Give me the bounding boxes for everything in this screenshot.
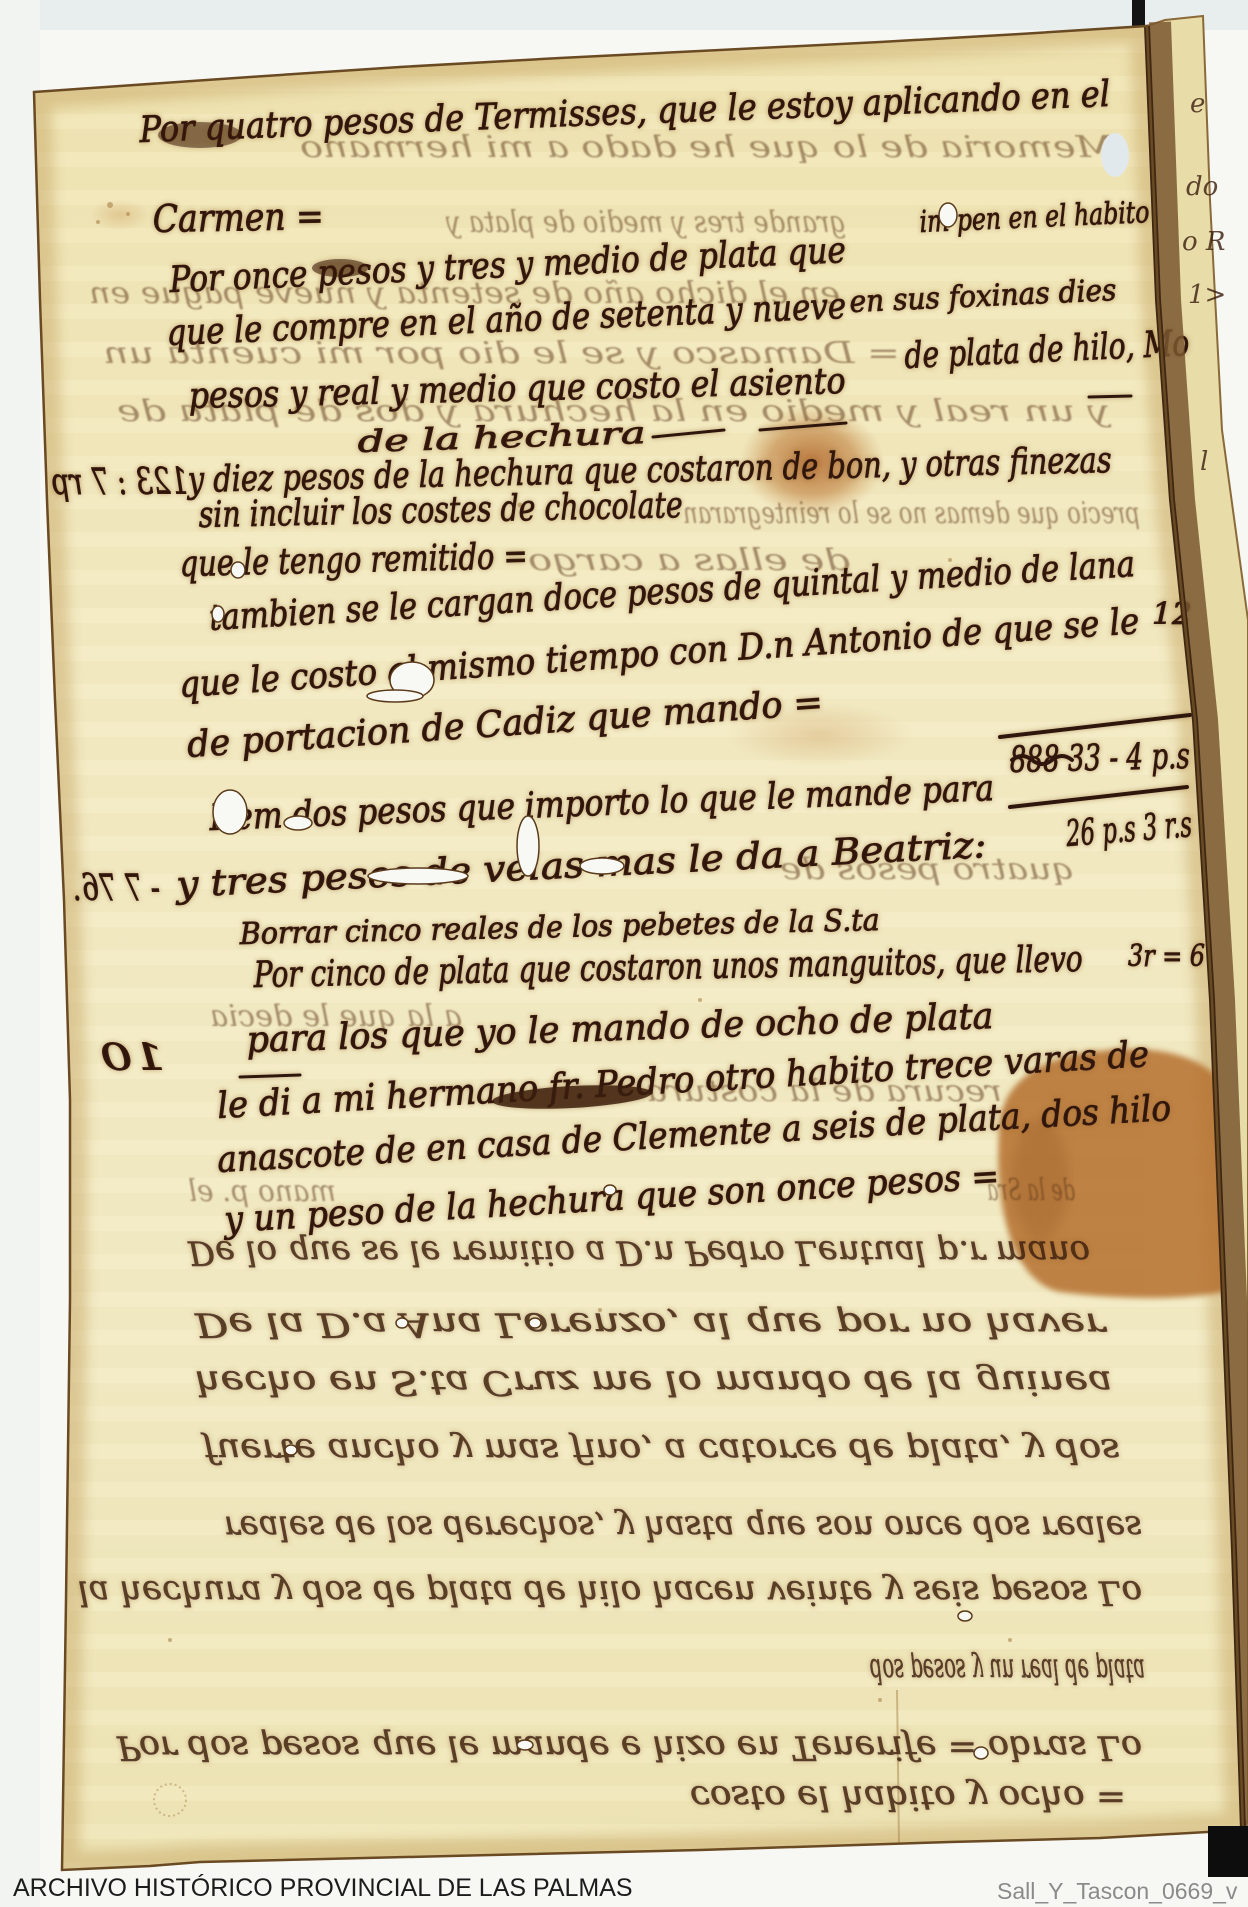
margin-note: - 7 76.	[73, 868, 160, 909]
faint-stain	[90, 199, 150, 231]
paper-hole	[213, 790, 247, 834]
inverted-line: fuerte ancho y mas fino, a catorce de pl…	[200, 1431, 1120, 1471]
inverted-line: la hechura y dos de plata de hilo hacen …	[78, 1573, 1142, 1613]
paper-hole	[517, 1740, 533, 1750]
amount-total: 888 33 - 4 p.s	[1009, 736, 1190, 781]
inverted-line: costo el habito y ocho =	[690, 1778, 1126, 1818]
paper-hole	[284, 816, 312, 830]
image-reference-label: Sall_Y_Tascon_0669_v	[997, 1880, 1237, 1903]
bleed-through-inverted: De lo que se le remitio a D.n Pedro Lent…	[78, 1233, 1145, 1818]
facing-fragment: 1>	[1188, 280, 1226, 310]
inverted-line: dos pesos y un real de plata	[870, 1651, 1145, 1691]
manuscript-line: que le tengo remitido =	[179, 536, 528, 585]
manuscript-heading-carmen: Carmen =	[152, 194, 324, 241]
inverted-line: hecho en S.ta Cruz me lo mando de la gui…	[195, 1363, 1112, 1403]
paper-hole	[368, 868, 468, 884]
archive-name-label: ARCHIVO HISTÓRICO PROVINCIAL DE LAS PALM…	[13, 1876, 633, 1901]
paper-hole	[958, 1611, 972, 1621]
paper-hole	[212, 606, 224, 622]
manuscript-scan: e do o R 1> l Memoria de lo que he dado …	[0, 0, 1248, 1907]
inverted-line: Por dos pesos que le mande e hizo en Ten…	[116, 1728, 1142, 1768]
bleed-line: de la Sra	[987, 1173, 1075, 1208]
bleed-line: precio que demas no se lo reintegraran	[683, 496, 1140, 531]
paper-hole	[231, 562, 245, 578]
inverted-line: De la D.a Ana Lorenzo, al que por no hav…	[194, 1305, 1107, 1345]
facing-fragment: e	[1190, 89, 1205, 119]
underline-stroke	[1089, 396, 1131, 397]
paper-hole	[529, 1318, 541, 1328]
paper-hole	[580, 858, 624, 874]
inverted-line: De lo que se le remitio a D.n Pedro Lent…	[187, 1233, 1090, 1273]
crossed-out-blot	[312, 259, 368, 277]
scanner-left-background	[0, 0, 40, 1907]
binding-shadow-bottom	[1208, 1826, 1248, 1877]
paper-hole	[367, 690, 423, 702]
paper-hole	[604, 1185, 616, 1195]
inverted-line: reales de los derechos, y hasta que son …	[224, 1508, 1142, 1548]
facing-fragment: do	[1186, 172, 1218, 202]
paper-hole	[939, 203, 957, 227]
paper-hole	[974, 1747, 988, 1759]
underline-stroke	[240, 1075, 300, 1077]
facing-fragment: o R	[1182, 227, 1226, 257]
paper-hole	[517, 816, 539, 876]
margin-note: 123 : 7 rp	[52, 462, 188, 503]
paper-hole	[1101, 133, 1129, 177]
margin-note: 10	[100, 1038, 165, 1079]
amount: 3r = 6	[1128, 939, 1205, 974]
paper-hole	[285, 1445, 297, 1455]
facing-fragment: l	[1200, 447, 1208, 477]
binding-shadow-top	[1132, 0, 1145, 26]
crossed-out-blot	[158, 122, 242, 148]
paper-hole	[396, 1318, 408, 1328]
scanner-top-background	[0, 0, 1248, 30]
